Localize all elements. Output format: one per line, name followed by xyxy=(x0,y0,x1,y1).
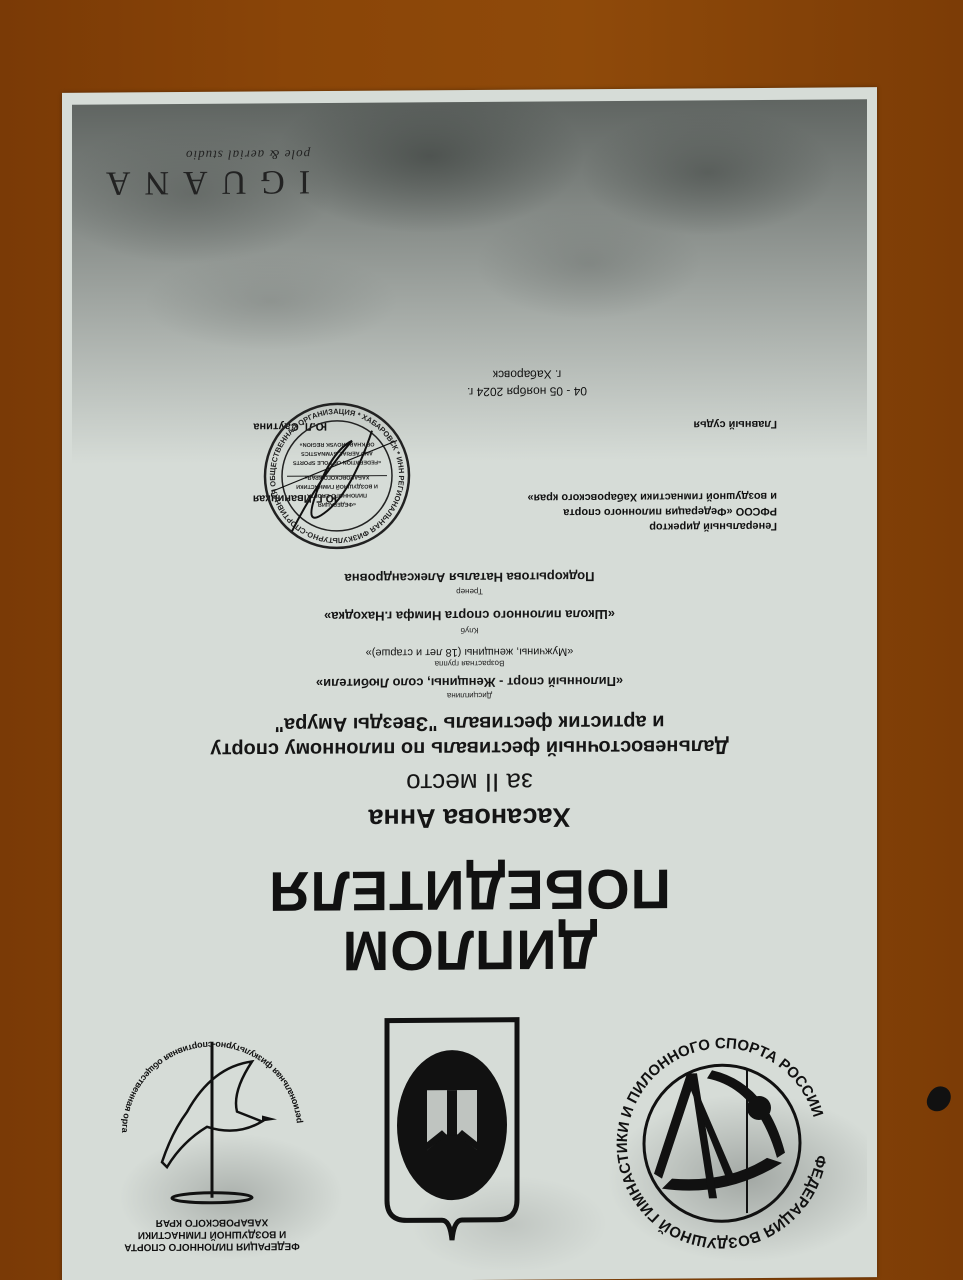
club-label: Клуб xyxy=(62,623,877,638)
title-line-2: ПОБЕДИТЕЛЯ xyxy=(62,857,877,923)
svg-text:ФЕДЕРАЦИЯ ПИЛОННОГО СПОРТА: ФЕДЕРАЦИЯ ПИЛОННОГО СПОРТА xyxy=(124,1240,299,1252)
federation-russia-emblem-icon: ФЕДЕРАЦИЯ ВОЗДУШНОЙ ГИМНАСТИКИ И ПИЛОННО… xyxy=(607,1027,837,1259)
ink-spot xyxy=(924,1083,955,1116)
svg-text:ХАБАРОВСКОГО КРАЯ: ХАБАРОВСКОГО КРАЯ xyxy=(156,1216,269,1228)
svg-text:ФЕДЕРАЦИЯ ВОЗДУШНОЙ ГИМНАСТИКИ: ФЕДЕРАЦИЯ ВОЗДУШНОЙ ГИМНАСТИКИ И ПИЛОННО… xyxy=(614,1034,829,1252)
khabarovsk-coat-of-arms-icon xyxy=(372,1000,532,1261)
diploma-title: ДИПЛОМ ПОБЕДИТЕЛЯ xyxy=(62,857,877,983)
judge-role: Главный судья xyxy=(693,416,777,432)
brand-subtitle: pole & aerial studio xyxy=(92,146,310,164)
brand-name: IGUANA xyxy=(92,162,310,202)
director-role-line-2: РФСОО «Федерация пилонного спорта xyxy=(447,503,777,520)
event-city: г. Хабаровск xyxy=(447,365,607,383)
director-role-line-3: и воздушной гимнастики Хабаровского края… xyxy=(447,488,777,505)
director-role: Генеральный директор РФСОО «Федерация пи… xyxy=(447,488,777,535)
svg-text:И ВОЗДУШНОЙ ГИМНАСТИКИ: И ВОЗДУШНОЙ ГИМНАСТИКИ xyxy=(296,483,378,492)
iguana-studio-brand: IGUANA pole & aerial studio xyxy=(92,146,310,202)
place-text: за II место xyxy=(62,764,877,801)
svg-text:OF KHABAROVSK REGION»: OF KHABAROVSK REGION» xyxy=(300,441,375,448)
crane-on-pole-emblem-icon: региональная физкультурно-спортивная общ… xyxy=(92,1021,332,1263)
director-role-line-1: Генеральный директор xyxy=(447,518,777,535)
club-value: «Школа пилонного спорта Нимфа г.Находка» xyxy=(62,605,877,626)
title-line-1: ДИПЛОМ xyxy=(62,917,877,983)
winner-name: Хасанова Анна xyxy=(62,799,877,836)
round-seal-icon: РЕГИОНАЛЬНАЯ ФИЗКУЛЬТУРНО-СПОРТИВНАЯ ОБЩ… xyxy=(262,400,412,551)
logo-row: ФЕДЕРАЦИЯ ВОЗДУШНОЙ ГИМНАСТИКИ И ПИЛОННО… xyxy=(62,997,877,1263)
festival-name: Дальневосточный фестиваль по пилонному с… xyxy=(62,707,877,763)
event-date: 04 - 05 ноября 2024 г. xyxy=(447,382,607,400)
diploma-sheet: ФЕДЕРАЦИЯ ВОЗДУШНОЙ ГИМНАСТИКИ И ПИЛОННО… xyxy=(62,87,877,1280)
event-date-location: 04 - 05 ноября 2024 г. г. Хабаровск xyxy=(447,365,607,400)
